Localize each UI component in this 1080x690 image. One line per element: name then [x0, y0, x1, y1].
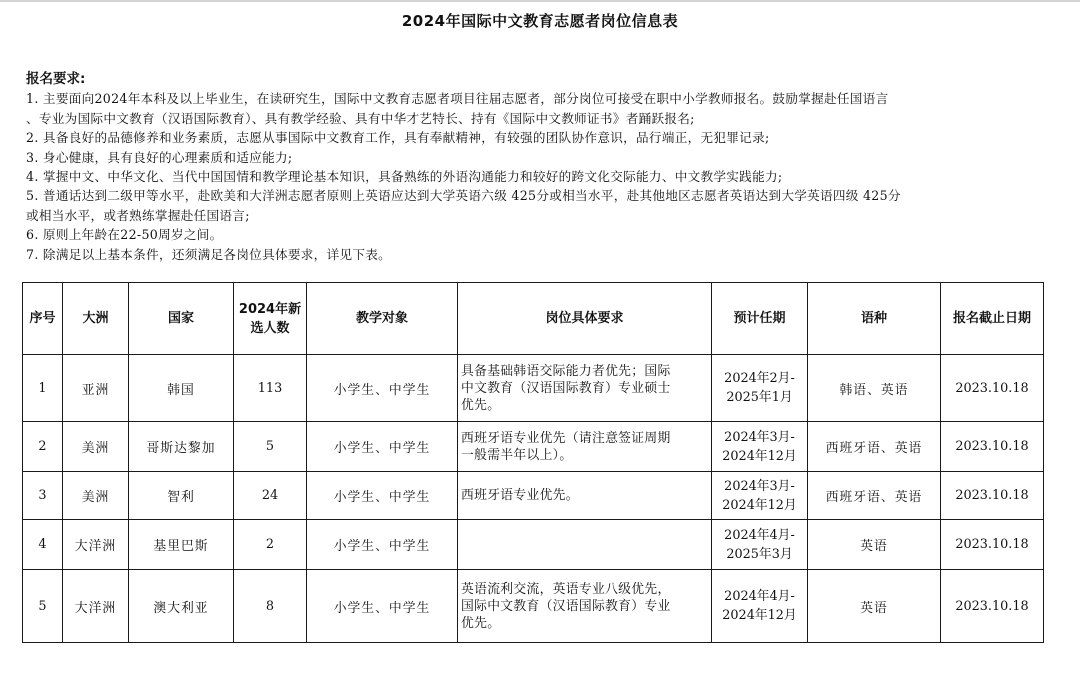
- req-line: 国际中文教育（汉语国际教育）专业: [461, 599, 671, 614]
- cell-language: 韩语、英语: [808, 355, 941, 422]
- cell-language: 西班牙语、英语: [808, 422, 941, 472]
- header-audience: 教学对象: [307, 283, 458, 355]
- cell-index: 1: [23, 355, 63, 422]
- table-row: 2 美洲 哥斯达黎加 5 小学生、中学生 西班牙语专业优先（请注意签证周期一般需…: [23, 422, 1044, 472]
- req-line: 英语流利交流，英语专业八级优先，: [461, 582, 671, 597]
- cell-deadline: 2023.10.18: [941, 355, 1044, 422]
- cell-count: 24: [234, 472, 307, 520]
- cell-count: 8: [234, 570, 307, 643]
- requirement-line: 或相当水平，或者熟练掌握赴任国语言;: [26, 206, 1056, 225]
- req-line: 西班牙语专业优先（请注意签证周期: [461, 431, 671, 446]
- table-row: 5 大洋洲 澳大利亚 8 小学生、中学生 英语流利交流，英语专业八级优先，国际中…: [23, 570, 1044, 643]
- cell-index: 5: [23, 570, 63, 643]
- requirement-line: 3. 身心健康，具有良好的心理素质和适应能力;: [26, 148, 1056, 167]
- cell-requirements: [458, 520, 712, 570]
- period-end: 2024年12月: [722, 449, 796, 464]
- document-title: 2024年国际中文教育志愿者岗位信息表: [0, 10, 1080, 31]
- header-period: 预计任期: [712, 283, 808, 355]
- cell-period: 2024年3月-2024年12月: [712, 422, 808, 472]
- cell-continent: 亚洲: [63, 355, 129, 422]
- cell-continent: 美洲: [63, 422, 129, 472]
- cell-count: 5: [234, 422, 307, 472]
- header-count-line2: 选人数: [250, 321, 289, 336]
- period-start: 2024年4月-: [724, 528, 795, 543]
- cell-index: 2: [23, 422, 63, 472]
- period-end: 2025年3月: [726, 547, 792, 562]
- header-country: 国家: [129, 283, 234, 355]
- requirement-line: 7. 除满足以上基本条件，还须满足各岗位具体要求，详见下表。: [26, 245, 1056, 264]
- period-start: 2024年3月-: [724, 479, 795, 494]
- cell-country: 韩国: [129, 355, 234, 422]
- cell-country: 智利: [129, 472, 234, 520]
- requirement-line: 6. 原则上年龄在22-50周岁之间。: [26, 225, 1056, 244]
- cell-count: 2: [234, 520, 307, 570]
- cell-requirements: 具备基础韩语交际能力者优先；国际中文教育（汉语国际教育）专业硕士优先。: [458, 355, 712, 422]
- cell-period: 2024年4月-2025年3月: [712, 520, 808, 570]
- period-end: 2025年1月: [726, 390, 792, 405]
- cell-requirements: 英语流利交流，英语专业八级优先，国际中文教育（汉语国际教育）专业优先。: [458, 570, 712, 643]
- positions-table: 序号 大洲 国家 2024年新选人数 教学对象 岗位具体要求 预计任期 语种 报…: [22, 282, 1044, 643]
- req-line: 优先。: [461, 616, 500, 631]
- cell-audience: 小学生、中学生: [307, 355, 458, 422]
- cell-deadline: 2023.10.18: [941, 520, 1044, 570]
- header-continent: 大洲: [63, 283, 129, 355]
- table-row: 1 亚洲 韩国 113 小学生、中学生 具备基础韩语交际能力者优先；国际中文教育…: [23, 355, 1044, 422]
- cell-period: 2024年3月-2024年12月: [712, 472, 808, 520]
- requirement-line: 1. 主要面向2024年本科及以上毕业生，在读研究生，国际中文教育志愿者项目往届…: [26, 89, 1056, 108]
- req-line: 优先。: [461, 398, 500, 413]
- cell-audience: 小学生、中学生: [307, 520, 458, 570]
- cell-language: 英语: [808, 570, 941, 643]
- cell-language: 西班牙语、英语: [808, 472, 941, 520]
- cell-period: 2024年2月-2025年1月: [712, 355, 808, 422]
- period-start: 2024年2月-: [724, 371, 795, 386]
- cell-deadline: 2023.10.18: [941, 570, 1044, 643]
- header-index: 序号: [23, 283, 63, 355]
- cell-index: 3: [23, 472, 63, 520]
- cell-continent: 大洋洲: [63, 520, 129, 570]
- cell-requirements: 西班牙语专业优先。: [458, 472, 712, 520]
- requirements-heading: 报名要求:: [26, 70, 1056, 89]
- requirements-section: 报名要求: 1. 主要面向2024年本科及以上毕业生，在读研究生，国际中文教育志…: [26, 70, 1056, 264]
- period-end: 2024年12月: [722, 608, 796, 623]
- top-border: [0, 0, 1080, 2]
- cell-audience: 小学生、中学生: [307, 570, 458, 643]
- cell-period: 2024年4月-2024年12月: [712, 570, 808, 643]
- cell-country: 基里巴斯: [129, 520, 234, 570]
- period-start: 2024年4月-: [724, 589, 795, 604]
- req-line: 中文教育（汉语国际教育）专业硕士: [461, 381, 671, 396]
- table-row: 4 大洋洲 基里巴斯 2 小学生、中学生 2024年4月-2025年3月 英语 …: [23, 520, 1044, 570]
- cell-audience: 小学生、中学生: [307, 422, 458, 472]
- cell-continent: 美洲: [63, 472, 129, 520]
- cell-index: 4: [23, 520, 63, 570]
- header-deadline: 报名截止日期: [941, 283, 1044, 355]
- header-count-line1: 2024年新: [239, 302, 301, 317]
- header-language: 语种: [808, 283, 941, 355]
- table-header-row: 序号 大洲 国家 2024年新选人数 教学对象 岗位具体要求 预计任期 语种 报…: [23, 283, 1044, 355]
- header-requirements: 岗位具体要求: [458, 283, 712, 355]
- period-end: 2024年12月: [722, 498, 796, 513]
- requirement-line: 、专业为国际中文教育（汉语国际教育）、具有教学经验、具有中华才艺特长、持有《国际…: [26, 109, 1056, 128]
- requirement-line: 4. 掌握中文、中华文化、当代中国国情和教学理论基本知识，具备熟练的外语沟通能力…: [26, 167, 1056, 186]
- table-row: 3 美洲 智利 24 小学生、中学生 西班牙语专业优先。 2024年3月-202…: [23, 472, 1044, 520]
- cell-continent: 大洋洲: [63, 570, 129, 643]
- cell-audience: 小学生、中学生: [307, 472, 458, 520]
- req-line: 一般需半年以上）。: [461, 448, 572, 463]
- cell-deadline: 2023.10.18: [941, 422, 1044, 472]
- requirement-line: 5. 普通话达到二级甲等水平，赴欧美和大洋洲志愿者原则上英语应达到大学英语六级 …: [26, 186, 1056, 205]
- cell-requirements: 西班牙语专业优先（请注意签证周期一般需半年以上）。: [458, 422, 712, 472]
- req-line: 西班牙语专业优先。: [461, 488, 579, 503]
- cell-country: 澳大利亚: [129, 570, 234, 643]
- requirement-line: 2. 具备良好的品德修养和业务素质，志愿从事国际中文教育工作，具有奉献精神，有较…: [26, 128, 1056, 147]
- cell-language: 英语: [808, 520, 941, 570]
- header-count: 2024年新选人数: [234, 283, 307, 355]
- cell-deadline: 2023.10.18: [941, 472, 1044, 520]
- cell-country: 哥斯达黎加: [129, 422, 234, 472]
- cell-count: 113: [234, 355, 307, 422]
- period-start: 2024年3月-: [724, 430, 795, 445]
- req-line: 具备基础韩语交际能力者优先；国际: [461, 364, 671, 379]
